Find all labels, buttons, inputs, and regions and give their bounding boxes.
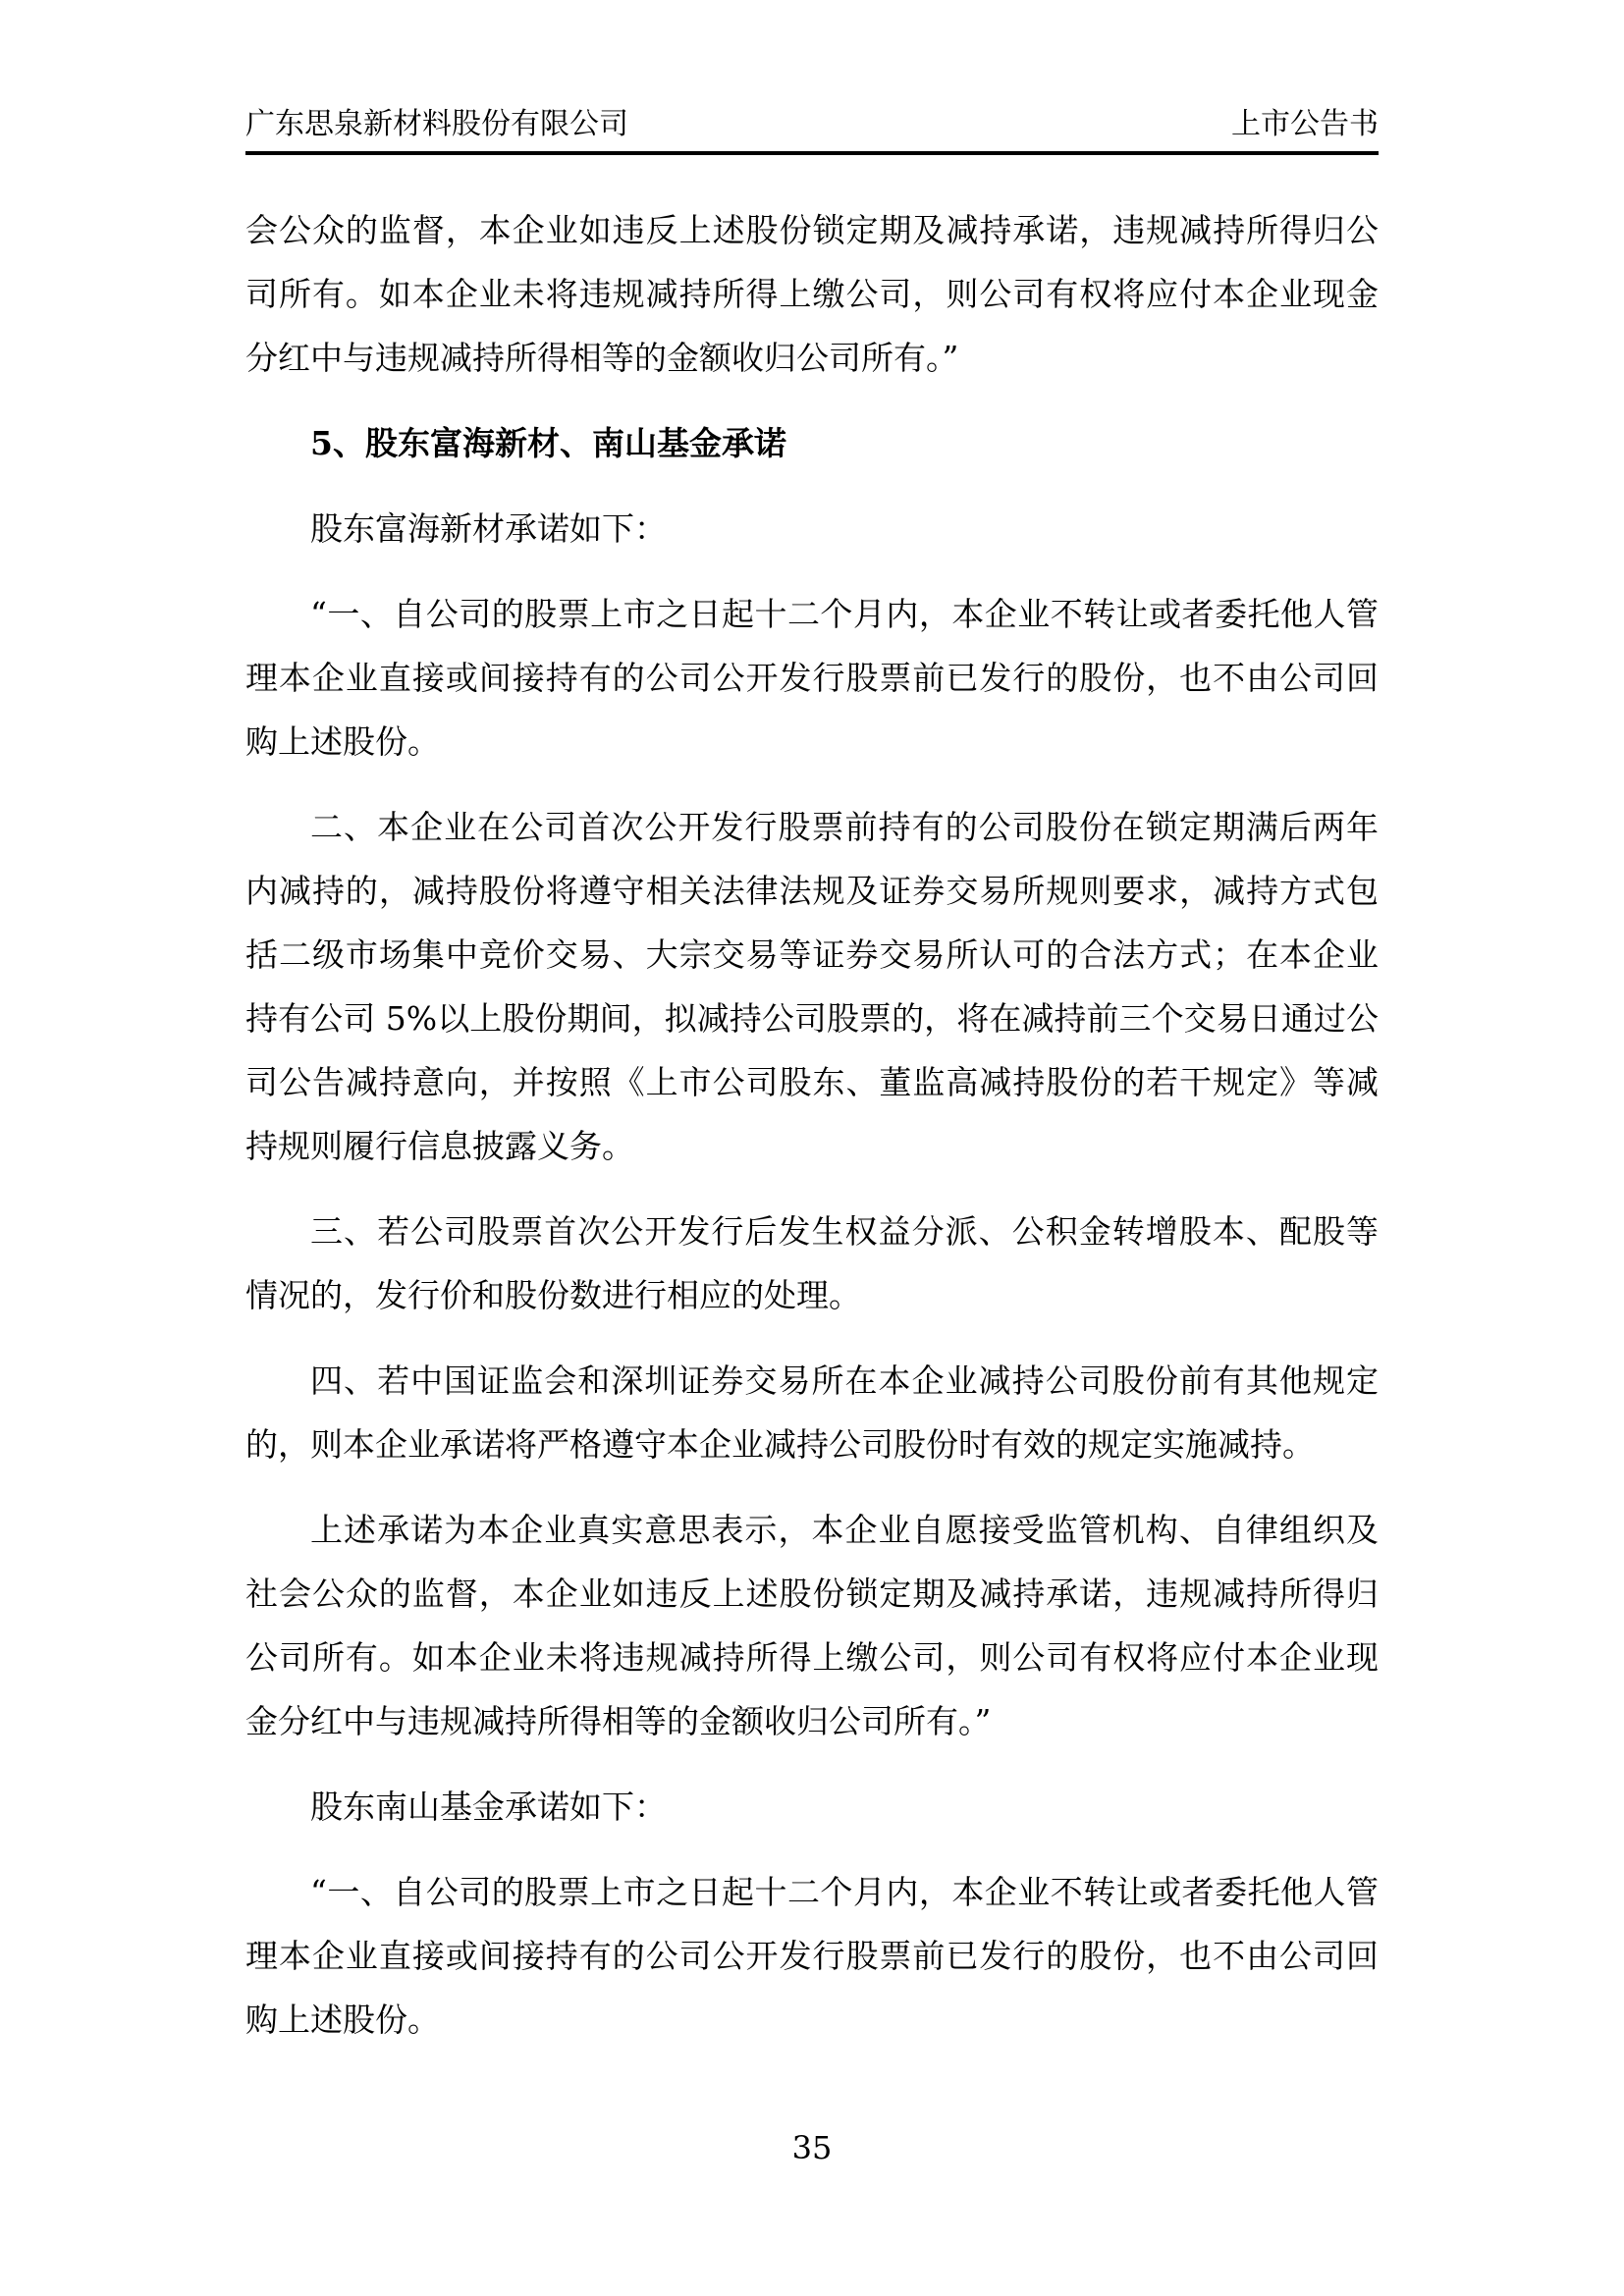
continuation-paragraph: 会公众的监督，本企业如违反上述股份锁定期及减持承诺，违规减持所得归公司所有。如本… [245,198,1379,390]
fuhai-clause-2-paragraph: 二、本企业在公司首次公开发行股票前持有的公司股份在锁定期满后两年内减持的，减持股… [245,795,1379,1178]
fuhai-supervision-paragraph: 上述承诺为本企业真实意思表示，本企业自愿接受监管机构、自律组织及社会公众的监督，… [245,1498,1379,1753]
fuhai-clause-1-paragraph: “一、自公司的股票上市之日起十二个月内，本企业不转让或者委托他人管理本企业直接或… [245,582,1379,774]
fuhai-intro-paragraph: 股东富海新材承诺如下： [245,497,1379,561]
page-number: 35 [792,2129,833,2166]
fuhai-clause-3-paragraph: 三、若公司股票首次公开发行后发生权益分派、公积金转增股本、配股等情况的，发行价和… [245,1200,1379,1327]
document-page: 广东思泉新材料股份有限公司 上市公告书 会公众的监督，本企业如违反上述股份锁定期… [0,0,1624,2296]
document-body: 会公众的监督，本企业如违反上述股份锁定期及减持承诺，违规减持所得归公司所有。如本… [245,198,1379,2052]
page-footer: 35 [0,2130,1624,2165]
page-header: 广东思泉新材料股份有限公司 上市公告书 [245,0,1379,155]
nanshan-clause-1-paragraph: “一、自公司的股票上市之日起十二个月内，本企业不转让或者委托他人管理本企业直接或… [245,1860,1379,2052]
company-name: 广东思泉新材料股份有限公司 [245,106,628,143]
section-heading-5: 5、股东富海新材、南山基金承诺 [245,411,1379,475]
nanshan-intro-paragraph: 股东南山基金承诺如下： [245,1775,1379,1839]
fuhai-clause-4-paragraph: 四、若中国证监会和深圳证券交易所在本企业减持公司股份前有其他规定的，则本企业承诺… [245,1349,1379,1476]
doc-title: 上市公告书 [1231,106,1379,143]
